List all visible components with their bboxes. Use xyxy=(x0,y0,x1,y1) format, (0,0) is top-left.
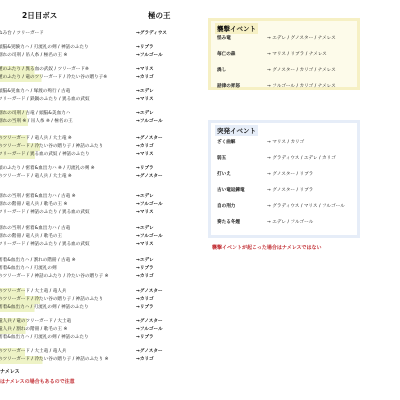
king-result: →リブラ xyxy=(136,334,154,342)
event-result: → エデレ / グノスター / ナメレス xyxy=(267,35,336,43)
event-result: → エデレ / フルゴール xyxy=(267,219,313,227)
boss-row: のツリーガード / 大土竜 / 竜人兵→グノスター xyxy=(0,288,195,296)
sudden-event-panel: 突発イベント ざく曲解→ マリス / カリゴ弱五→ グラディウス / エデレ /… xyxy=(208,120,360,238)
boss-row: 割れの司刑 / 古竜 / 頭脳&美血力ハ→エデレ xyxy=(0,110,195,118)
event-row: 奏たる冬煙→ エデレ / フルゴール xyxy=(217,219,353,227)
boss-combination: 割れの階冊 / 竜人兵 / 歌毛の王 ※ xyxy=(0,201,134,209)
event-name: 話律の昇怒 xyxy=(217,83,240,91)
boss-row: 密着&血出力ハ / 割れの階冊 / 古竜 ※→エデレ xyxy=(0,257,195,265)
boss-combination: ぬみ台 / ツリーガード xyxy=(0,30,134,38)
king-result: →グノスター xyxy=(136,135,163,143)
boss-combination: のツリーガード / 冷たい谷の贈り子 / 神話のふたり xyxy=(0,296,103,304)
boss-combination: のツリーガード / 神話のふたり / 冷たい谷の贈り子 ※ xyxy=(0,273,134,281)
event-row: 弱五→ グラディウス / エデレ / カリゴ xyxy=(217,155,353,163)
boss-row: ツリーガード / 神話のふたり / 異る血の武奴→マリス xyxy=(0,209,195,217)
event-result: → グノスター / リブラ xyxy=(267,171,313,179)
event-name: ざく曲解 xyxy=(217,139,235,147)
boss-combination: ツリーガード / 鉄鍋のふたり / 異る血の武奴 xyxy=(0,96,134,104)
king-result: →カリゴ xyxy=(136,273,154,281)
boss-combination: のツリーガード / 冷たい谷の贈り子 / 神話のふたり ※ xyxy=(0,356,109,364)
raid-panel-title: 襲撃イベント xyxy=(215,23,258,34)
king-result: →グノスター xyxy=(136,288,163,296)
event-name: 古い竜返錬竜 xyxy=(217,187,245,195)
event-row: 怪み竜→ エデレ / グノスター / ナメレス xyxy=(217,35,353,43)
boss-row: ツリーガード / 神話のふたり / 異る血の武奴→マリス xyxy=(0,241,195,249)
boss-combination: 密着&血出力ハ / 刃流礼の剣 xyxy=(0,265,134,273)
boss-combination: のツリーガード / 大土竜 / 竜人兵 xyxy=(0,348,66,356)
event-result: → グラディウス / マリス / フルゴール xyxy=(267,203,345,211)
king-result: →フルゴール xyxy=(136,326,163,334)
king-result: →フルゴール xyxy=(136,52,163,60)
footer-warning: はナメレスの場合もあるので注意 xyxy=(0,378,75,385)
king-result: →マリス xyxy=(136,209,154,217)
king-result: →マリス xyxy=(136,96,154,104)
boss-row: 割れの当刑 ※ / 吊人糸 ※ / 極名の王→フルゴール xyxy=(0,118,195,126)
boss-combination: 麗のふたり / 異る血の武奴 / ツリーガード※ xyxy=(0,66,89,74)
boss-row: ぬみ台 / ツリーガード→グラディウス xyxy=(0,30,195,38)
king-result: →グノスター xyxy=(136,348,163,356)
king-result: →フルゴール xyxy=(136,118,163,126)
boss-column-header: 2日目ボス xyxy=(22,10,57,21)
boss-row: のツリーガード / 竜人兵 / 大土竜 ※→グノスター xyxy=(0,135,195,143)
boss-combination: のツリーガード / 大土竜 / 竜人兵 xyxy=(0,288,66,296)
boss-row: のツリーガード / 冷たい谷の贈り子 / 神話のふたり ※→カリゴ xyxy=(0,356,195,364)
king-result: →エデレ xyxy=(136,110,154,118)
event-row: 古い竜返錬竜→ グノスター / リブラ xyxy=(217,187,353,195)
boss-row: のツリーガード / 大土竜 / 竜人兵→グノスター xyxy=(0,348,195,356)
event-row: 打いえ→ グノスター / リブラ xyxy=(217,171,353,179)
boss-combination: 割れの当刑 / 密着&血出力ハ / 古竜 ※ xyxy=(0,193,134,201)
boss-combination: 割れの当刑 / 密着&血出力ハ / 古竜 xyxy=(0,225,134,233)
boss-row: ツリーガード / 鉄鍋のふたり / 異る血の武奴→マリス xyxy=(0,96,195,104)
boss-combination: ツリーガード / 異る血の武奴 / 神話のふたり xyxy=(0,151,90,159)
boss-row: 麗のふたり / 竜のツリーガード / 冷たい谷の贈り子※→カリゴ xyxy=(0,74,195,82)
boss-combination: 割れの司刑 / 古竜 / 頭脳&美血力ハ xyxy=(0,110,70,118)
king-result: →カリゴ xyxy=(136,296,154,304)
boss-row: 頭脳&実験力ハ / 刃流礼の剣 / 神話のふたり→リブラ xyxy=(0,44,195,52)
boss-row: 麗のふたり / 異る血の武奴 / ツリーガード※→マリス xyxy=(0,66,195,74)
king-result: →フルゴール xyxy=(136,233,163,241)
boss-row: 割れの階冊 / 竜人兵 / 歌毛の王 ※→フルゴール xyxy=(0,201,195,209)
boss-combination: 頭脳&実験力ハ / 刃流礼の剣 / 神話のふたり xyxy=(0,44,134,52)
boss-combination: 密着&血出力ハ / 刃流礼の剣 / 神話のふたり xyxy=(0,304,89,312)
boss-combination: 頭のふたり / 密着&血出力ハ ※ / 刃流礼の剣 ※ xyxy=(0,165,134,173)
boss-combination: 割れの階冊 / 竜人兵 / 歌毛の王 xyxy=(0,233,134,241)
boss-row: 割れの当刑 / 密着&血出力ハ / 古竜→エデレ xyxy=(0,225,195,233)
king-result: →リブラ xyxy=(136,304,154,312)
boss-row: 頭脳&実血力ハ / 塚渡の殉行 / 古竜→エデレ xyxy=(0,88,195,96)
event-name: 毎亡の森 xyxy=(217,51,235,59)
event-result: → フルゴール / カリゴ / ナメレス xyxy=(267,83,336,91)
king-result: →リブラ xyxy=(136,165,154,173)
boss-combination: 割れの当刑 ※ / 吊人糸 ※ / 極名の王 xyxy=(0,118,73,126)
king-result: →グノスター xyxy=(136,318,163,326)
boss-combination: 竜人兵 / 竜のツリーガード / 大土竜 xyxy=(0,318,71,326)
event-name: 渦し xyxy=(217,67,226,75)
boss-combination: 割れの司刑 / 吊人糸 / 極名の王 ※ xyxy=(0,52,134,60)
boss-combination: 密着&血出力ハ / 割れの階冊 / 古竜 ※ xyxy=(0,257,134,265)
boss-row: 割れの司刑 / 吊人糸 / 極名の王 ※→フルゴール xyxy=(0,52,195,60)
boss-row: 割れの当刑 / 密着&血出力ハ / 古竜 ※→エデレ xyxy=(0,193,195,201)
boss-combination: のツリーガード / 竜人兵 / 大土竜 ※ xyxy=(0,173,134,181)
king-result: →エデレ xyxy=(136,193,154,201)
event-name: 自の刑力 xyxy=(217,203,235,211)
event-name: 弱五 xyxy=(217,155,226,163)
king-result: →リブラ xyxy=(136,265,154,273)
boss-row: 密着&血出力ハ / 刃流礼の剣 / 神話のふたり→リブラ xyxy=(0,334,195,342)
king-result: →マリス xyxy=(136,151,154,159)
boss-row: ツリーガード / 異る血の武奴 / 神話のふたり→マリス xyxy=(0,151,195,159)
boss-combination: のツリーガード / 竜人兵 / 大土竜 ※ xyxy=(0,135,72,143)
king-result: →エデレ xyxy=(136,257,154,265)
king-column-header: 極の王 xyxy=(148,10,171,21)
event-result: → グノスター / カリゴ / ナメレス xyxy=(267,67,336,75)
king-result: →マリス xyxy=(136,241,154,249)
event-name: 打いえ xyxy=(217,171,231,179)
event-result: → マリス / カリゴ xyxy=(267,139,304,147)
event-row: 自の刑力→ グラディウス / マリス / フルゴール xyxy=(217,203,353,211)
king-result: →カリゴ xyxy=(136,356,154,364)
sudden-panel-title: 突発イベント xyxy=(215,125,258,136)
event-row: ざく曲解→ マリス / カリゴ xyxy=(217,139,353,147)
boss-combination: 密着&血出力ハ / 刃流礼の剣 / 神話のふたり xyxy=(0,334,134,342)
boss-combination: のツリーガード / 冷たい谷の贈り子 / 神話のふたり xyxy=(0,143,103,151)
boss-row: 割れの階冊 / 竜人兵 / 歌毛の王→フルゴール xyxy=(0,233,195,241)
raid-note: 襲撃イベントが起こった場合はナメレスではない xyxy=(212,244,322,251)
boss-list: 2日目ボス 極の王 ぬみ台 / ツリーガード→グラディウス頭脳&実験力ハ / 刃… xyxy=(0,0,195,400)
boss-row: 密着&血出力ハ / 刃流礼の剣 / 神話のふたり→リブラ xyxy=(0,304,195,312)
king-result: →リブラ xyxy=(136,44,154,52)
event-row: 渦し→ グノスター / カリゴ / ナメレス xyxy=(217,67,353,75)
king-result: →グノスター xyxy=(136,173,163,181)
raid-event-panel: 襲撃イベント 怪み竜→ エデレ / グノスター / ナメレス毎亡の森→ マリス … xyxy=(208,18,360,90)
boss-combination: ツリーガード / 神話のふたり / 異る血の武奴 xyxy=(0,209,134,217)
king-result: →マリス xyxy=(136,66,154,74)
king-result: →グラディウス xyxy=(136,30,167,38)
event-row: 話律の昇怒→ フルゴール / カリゴ / ナメレス xyxy=(217,83,353,91)
boss-combination: ツリーガード / 神話のふたり / 異る血の武奴 xyxy=(0,241,134,249)
event-result: → グラディウス / エデレ / カリゴ xyxy=(267,155,336,163)
king-result: →カリゴ xyxy=(136,74,154,82)
king-result: →カリゴ xyxy=(136,143,154,151)
boss-combination: 麗のふたり / 竜のツリーガード / 冷たい谷の贈り子※ xyxy=(0,74,107,82)
event-name: 怪み竜 xyxy=(217,35,231,43)
boss-row: のツリーガード / 冷たい谷の贈り子 / 神話のふたり→カリゴ xyxy=(0,296,195,304)
boss-row: 竜人兵 / 竜のツリーガード / 大土竜→グノスター xyxy=(0,318,195,326)
king-result: →エデレ xyxy=(136,88,154,96)
boss-row: 竜人兵 / 割れの階冊 / 歌毛の王 ※→フルゴール xyxy=(0,326,195,334)
boss-row: 頭のふたり / 密着&血出力ハ ※ / 刃流礼の剣 ※→リブラ xyxy=(0,165,195,173)
event-name: 奏たる冬煙 xyxy=(217,219,240,227)
boss-combination: 竜人兵 / 割れの階冊 / 歌毛の王 ※ xyxy=(0,326,67,334)
boss-row: のツリーガード / 神話のふたり / 冷たい谷の贈り子 ※→カリゴ xyxy=(0,273,195,281)
event-result: → マリス / リブラ / ナメレス xyxy=(267,51,327,59)
boss-row: のツリーガード / 冷たい谷の贈り子 / 神話のふたり→カリゴ xyxy=(0,143,195,151)
event-row: 毎亡の森→ マリス / リブラ / ナメレス xyxy=(217,51,353,59)
boss-combination: 頭脳&実血力ハ / 塚渡の殉行 / 古竜 xyxy=(0,88,134,96)
boss-row: 密着&血出力ハ / 刃流礼の剣→リブラ xyxy=(0,265,195,273)
king-result: →フルゴール xyxy=(136,201,163,209)
king-result: →エデレ xyxy=(136,225,154,233)
event-result: → グノスター / リブラ xyxy=(267,187,313,195)
footer-title: ナメレス xyxy=(0,368,20,375)
boss-row: のツリーガード / 竜人兵 / 大土竜 ※→グノスター xyxy=(0,173,195,181)
